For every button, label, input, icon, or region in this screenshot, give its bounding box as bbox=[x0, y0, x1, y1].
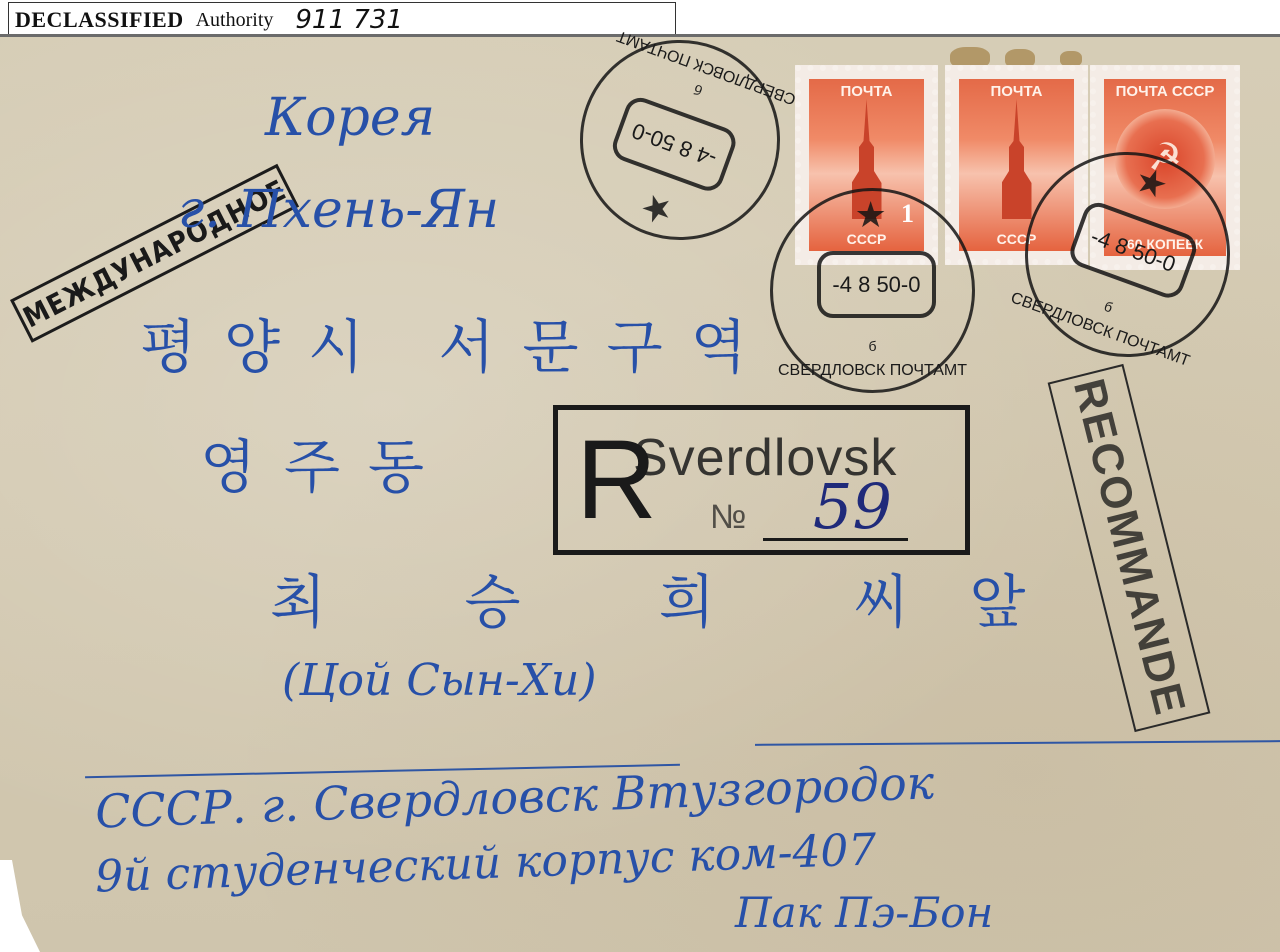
declassified-label: DECLASSIFIED Authority 911 731 bbox=[8, 2, 676, 38]
registration-number: 59 bbox=[813, 470, 963, 543]
authority-label: Authority bbox=[196, 9, 274, 32]
stamp-header: ПОЧТА bbox=[959, 83, 1074, 100]
registration-underline bbox=[763, 538, 908, 541]
recipient-korean-line2: 영주동 bbox=[200, 420, 452, 504]
postmark-date: -4 8 50-0 bbox=[608, 93, 740, 195]
sender-line3: Пак Пэ-Бон bbox=[735, 888, 993, 937]
recipient-name-cyrillic: (Цой Сын-Хи) bbox=[282, 655, 597, 706]
authority-number: 911 731 bbox=[283, 6, 575, 35]
postmark-sub: б bbox=[773, 338, 972, 354]
stamp-header: ПОЧТА bbox=[809, 83, 924, 100]
recipient-korean-line1: 평양시 서문구역 bbox=[140, 300, 775, 384]
postmark-2: ★ -4 8 50-0 б СВЕРДЛОВСК ПОЧТАМТ bbox=[770, 188, 975, 393]
kremlin-tower-icon bbox=[1002, 99, 1032, 219]
star-icon: ★ bbox=[855, 195, 887, 236]
recipient-country: Корея bbox=[265, 88, 435, 148]
star-icon: ★ bbox=[635, 184, 679, 234]
declassified-text: DECLASSIFIED bbox=[15, 7, 184, 33]
recipient-city: г. Пхень-Ян bbox=[178, 180, 499, 240]
recipient-korean-line3: 최 승 희 씨앞 bbox=[270, 555, 1085, 639]
postmark-date: -4 8 50-0 bbox=[1066, 198, 1201, 302]
stamp-header: ПОЧТА СССР bbox=[1104, 83, 1226, 100]
registration-label: R Sverdlovsk № 59 bbox=[553, 405, 970, 555]
star-icon: ★ bbox=[1129, 159, 1173, 209]
postmark-ring-text: СВЕРДЛОВСК ПОЧТАМТ bbox=[773, 362, 972, 380]
registration-number-label: № bbox=[710, 498, 746, 537]
postmark-date: -4 8 50-0 bbox=[817, 251, 936, 319]
